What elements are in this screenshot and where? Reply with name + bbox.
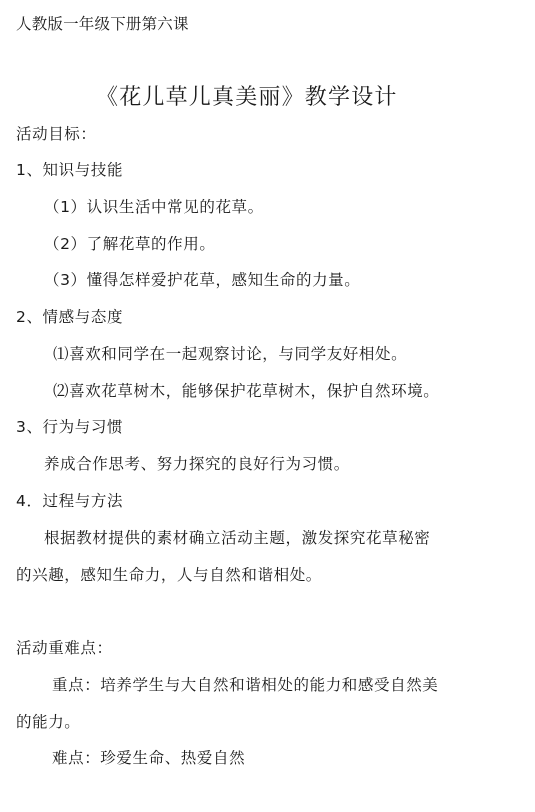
paragraph-line: 根据教材提供的素材确立活动主题，激发探究花草秘密 <box>44 528 430 548</box>
document-title: 《花儿草儿真美丽》教学设计 <box>96 84 398 112</box>
goals-heading: 活动目标： <box>16 124 97 144</box>
section-heading-emotion: 2、情感与态度 <box>16 307 123 327</box>
focus-line: 的能力。 <box>16 712 80 732</box>
paragraph-line: 的兴趣，感知生命力，人与自然和谐相处。 <box>16 565 322 585</box>
goal-item: （3）懂得怎样爱护花草，感知生命的力量。 <box>44 270 360 290</box>
section-heading-behavior: 3、行为与习惯 <box>16 417 123 437</box>
goal-item: （2）了解花草的作用。 <box>44 234 215 254</box>
goal-item: ⑴喜欢和同学在一起观察讨论，与同学友好相处。 <box>53 344 407 364</box>
document-header: 人教版一年级下册第六课 <box>16 14 189 34</box>
difficulty-line: 难点：珍爱生命、热爱自然 <box>52 748 245 768</box>
focus-line: 重点：培养学生与大自然和谐相处的能力和感受自然美 <box>52 675 438 695</box>
goal-item: ⑵喜欢花草树木，能够保护花草树木，保护自然环境。 <box>53 381 439 401</box>
goal-item: （1）认识生活中常见的花草。 <box>44 197 264 217</box>
section-heading-process: 4．过程与方法 <box>16 491 123 511</box>
section-heading-knowledge: 1、知识与技能 <box>16 160 123 180</box>
goal-item: 养成合作思考、努力探究的良好行为习惯。 <box>44 454 350 474</box>
key-points-heading: 活动重难点： <box>16 638 113 658</box>
